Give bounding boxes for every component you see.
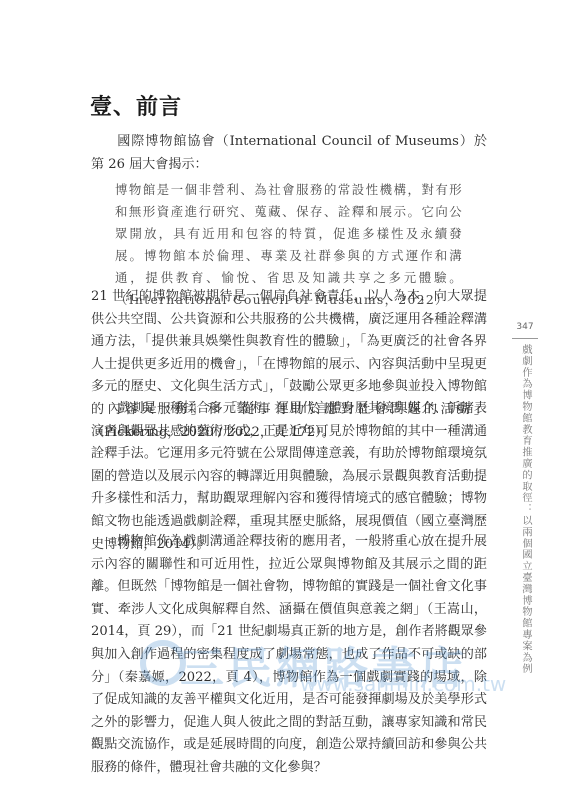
- page-sidebar: 347 戲劇作為博物館教育推廣的取徑：以兩個國立臺灣博物館專案為例: [508, 322, 542, 679]
- body-paragraph-3: 博物館作為戲劇溝通詮釋技術的應用者，一般將重心放在提升展示內容的關聯性和可近用性…: [91, 531, 487, 780]
- running-title: 戲劇作為博物館教育推廣的取徑：以兩個國立臺灣博物館專案為例: [519, 344, 531, 675]
- section-heading: 壹、前言: [90, 90, 182, 121]
- page-number: 347: [508, 322, 542, 332]
- intro-paragraph: 國際博物館協會（International Council of Museums…: [91, 131, 487, 176]
- book-page: 壹、前言 國際博物館協會（International Council of Mu…: [0, 0, 572, 800]
- sidebar-divider: [512, 338, 538, 339]
